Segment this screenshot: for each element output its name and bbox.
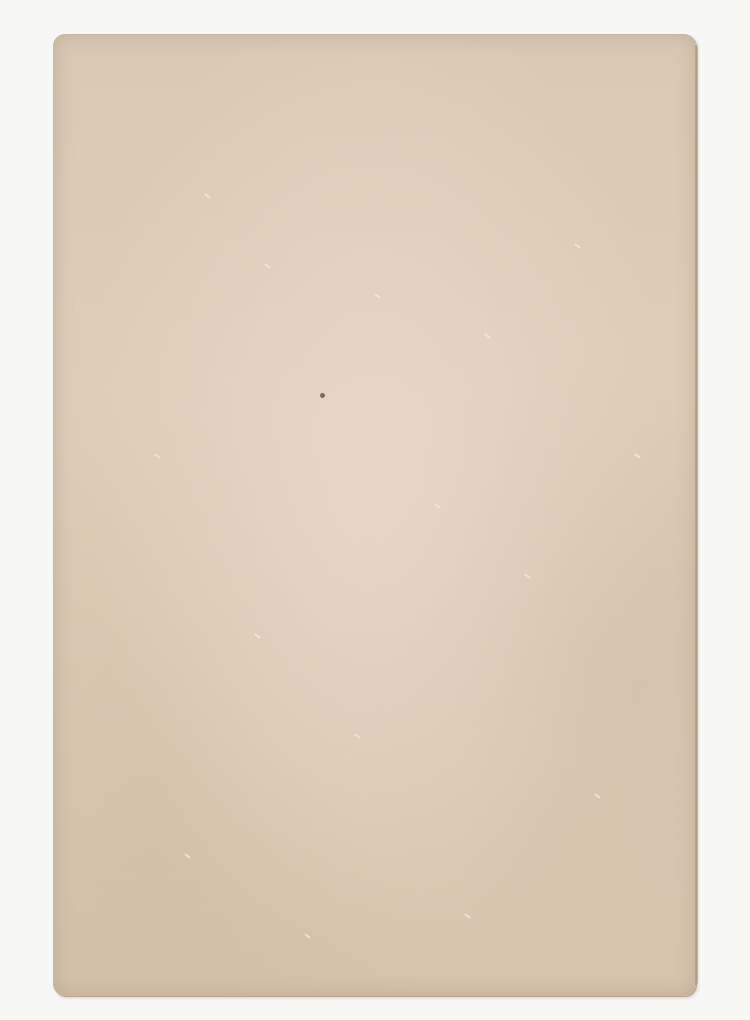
paper-fiber bbox=[204, 193, 211, 199]
paper-fiber bbox=[464, 913, 471, 919]
paper-fiber bbox=[304, 933, 311, 939]
paper-fiber bbox=[524, 573, 531, 579]
paper-fiber bbox=[594, 793, 601, 799]
paper-fiber bbox=[354, 733, 361, 739]
paper-fiber bbox=[254, 633, 261, 639]
paper-fiber bbox=[264, 263, 271, 269]
cabinet-card-back bbox=[53, 34, 696, 996]
paper-fiber bbox=[434, 503, 441, 509]
paper-fiber bbox=[634, 453, 641, 459]
paper-fiber bbox=[154, 453, 161, 459]
paper-fiber bbox=[574, 243, 581, 249]
paper-fiber bbox=[374, 293, 381, 299]
paper-fiber bbox=[184, 853, 191, 859]
paper-fiber bbox=[484, 333, 491, 339]
spot-mark bbox=[320, 393, 325, 398]
card-edge bbox=[695, 45, 698, 985]
